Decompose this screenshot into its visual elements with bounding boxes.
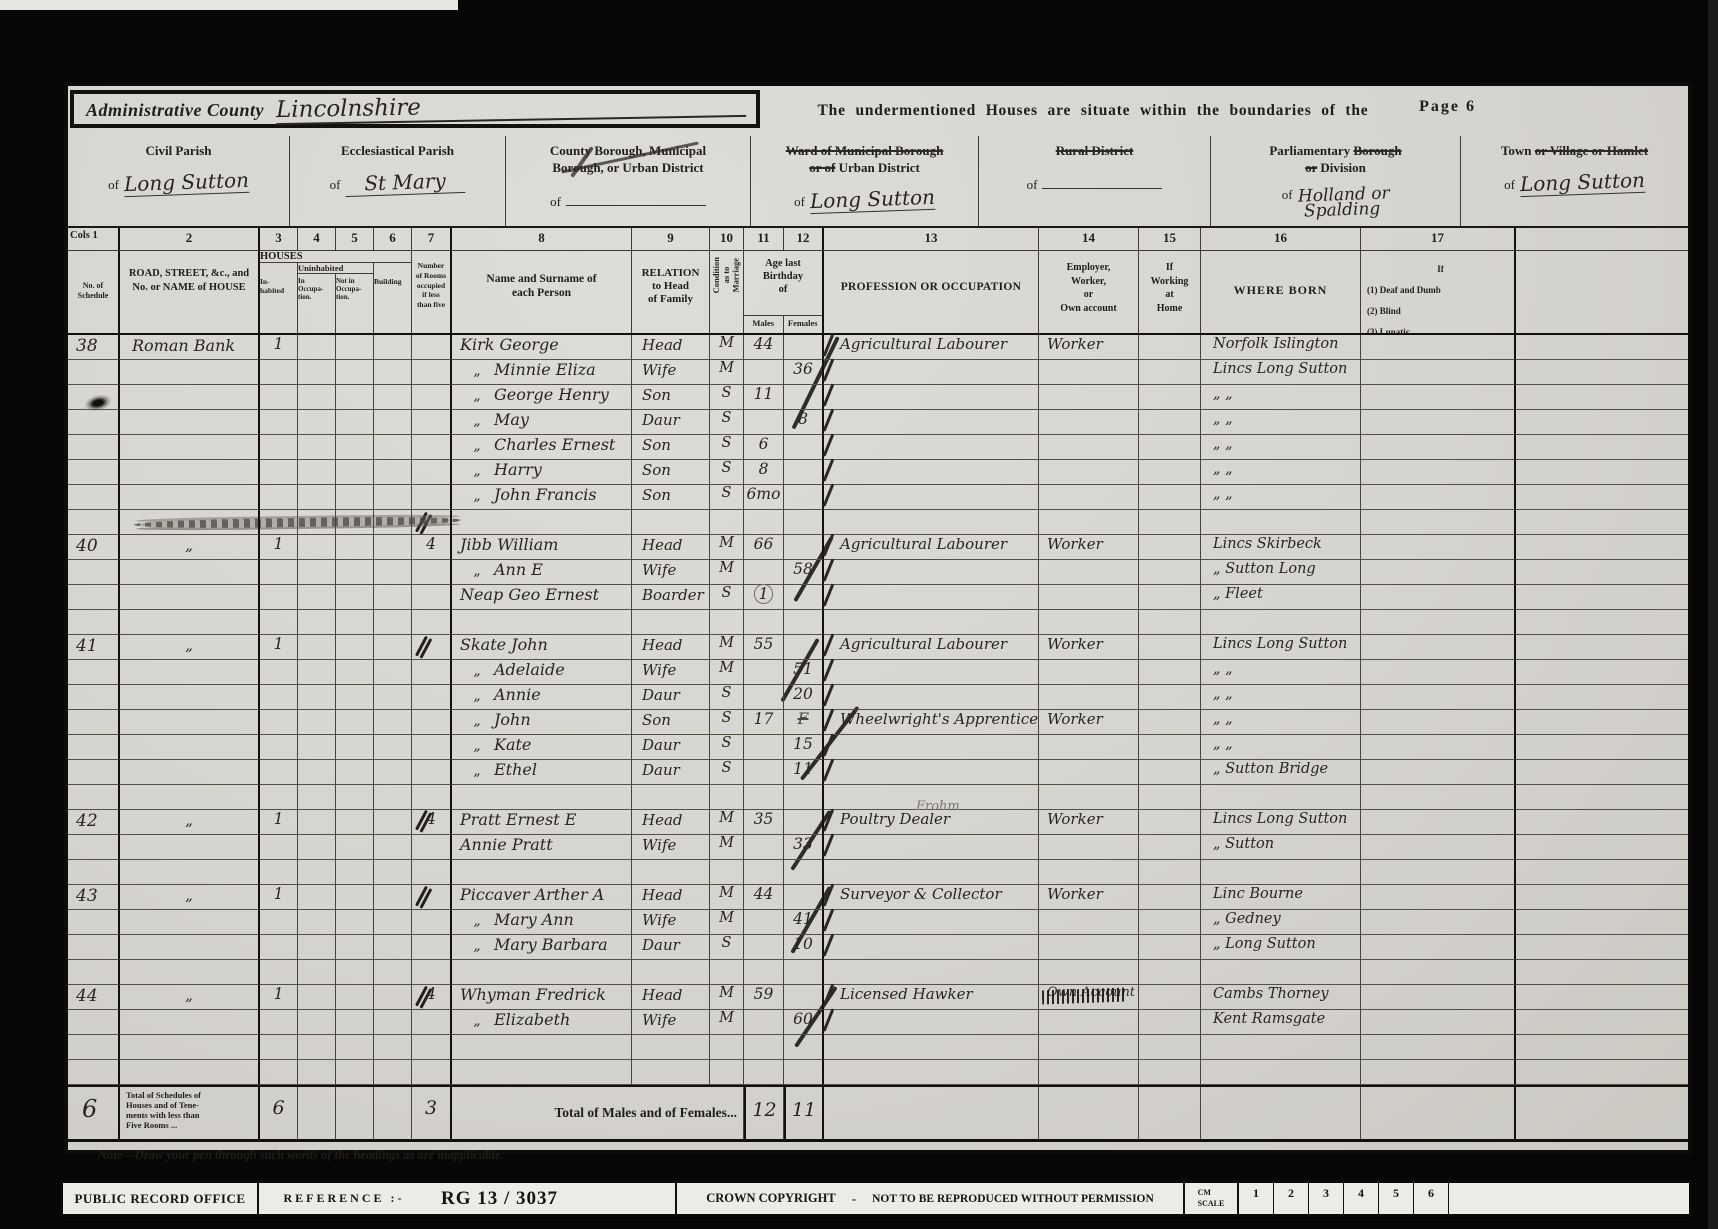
working-at-home-cell: [1139, 910, 1201, 935]
name-cell: „George Henry: [452, 385, 632, 410]
condition-cell: M: [710, 535, 744, 560]
ditto-mark: „: [460, 663, 494, 679]
inhabited-cell: [260, 360, 298, 385]
building-cell: [374, 560, 412, 585]
person-name: Pratt Ernest E: [460, 810, 576, 829]
working-at-home-cell: [1139, 335, 1201, 360]
road-cell: [120, 560, 260, 585]
rooms-cell: [412, 510, 452, 535]
condition-cell: S: [710, 435, 744, 460]
name-cell: [452, 510, 632, 535]
employer-cell: [1039, 1010, 1139, 1035]
road-cell: [120, 760, 260, 785]
employer-cell: [1039, 935, 1139, 960]
inhabited-cell: [260, 1010, 298, 1035]
condition-cell: S: [710, 460, 744, 485]
road-cell: [120, 435, 260, 460]
table-row: Annie PrattWifeM33„ Sutton: [68, 835, 1688, 860]
born-cell: Cambs Thorney: [1201, 985, 1361, 1010]
condition-cell: M: [710, 985, 744, 1010]
person-name: George Henry: [494, 385, 609, 404]
relation-cell: Son: [632, 485, 710, 510]
tally-mark: [823, 908, 834, 931]
relation-cell: Daur: [632, 760, 710, 785]
column-number: 8: [452, 228, 632, 250]
condition-cell: S: [710, 710, 744, 735]
rooms-cell: [412, 1010, 452, 1035]
county-borough-value: [566, 187, 706, 206]
table-row: „EthelDaurS11„ Sutton Bridge: [68, 760, 1688, 785]
margin-cell: [1516, 710, 1688, 735]
schedule-cell: [68, 610, 120, 635]
ward-title-struck2: or of: [809, 160, 835, 175]
rooms-cell: [412, 1035, 452, 1060]
inhabited-cell: [260, 785, 298, 810]
infirmity-cell: [1361, 885, 1516, 910]
column-number: 6: [374, 228, 412, 250]
person-name: Charles Ernest: [494, 435, 615, 454]
working-at-home-cell: [1139, 360, 1201, 385]
employer-cell: Own Account: [1039, 985, 1139, 1010]
building-cell: [374, 885, 412, 910]
name-cell: Annie Pratt: [452, 835, 632, 860]
rooms-cell: [412, 385, 452, 410]
uninhabited-not-occupation-cell: [336, 435, 374, 460]
relation-cell: Wife: [632, 910, 710, 935]
age-male-value: 11: [754, 385, 774, 403]
schedule-cell: [68, 910, 120, 935]
town-struck: or Village or Hamlet: [1535, 143, 1648, 158]
rooms-cell: [412, 435, 452, 460]
table-row: [68, 1060, 1688, 1085]
parliamentary-value-line2: Spalding: [1303, 200, 1389, 220]
born-cell: „ „: [1201, 735, 1361, 760]
born-cell: [1201, 610, 1361, 635]
condition-cell: S: [710, 410, 744, 435]
building-cell: [374, 785, 412, 810]
age-female-cell: 58: [784, 560, 824, 585]
building-cell: [374, 960, 412, 985]
total-males-value: 12: [744, 1087, 784, 1139]
ruler-segment: 2: [1274, 1183, 1309, 1214]
infirmity-column-header: If (1) Deaf and Dumb (2) Blind (3) Lunat…: [1361, 251, 1516, 333]
rooms-cell: [412, 785, 452, 810]
relation-cell: [632, 1060, 710, 1085]
working-at-home-cell: [1139, 385, 1201, 410]
uninhabited-not-occupation-cell: [336, 860, 374, 885]
born-cell: [1201, 960, 1361, 985]
crown-copyright-label: CROWN COPYRIGHT: [706, 1191, 836, 1206]
schedule-cell: [68, 435, 120, 460]
age-female-cell: [784, 510, 824, 535]
inhabited-cell: 1: [260, 810, 298, 835]
tally-mark: [823, 658, 834, 681]
age-male-cell: [744, 960, 784, 985]
condition-cell: [710, 1035, 744, 1060]
age-female-cell: 51: [784, 660, 824, 685]
building-cell: [374, 385, 412, 410]
table-row: „AnnieDaurS20„ „: [68, 685, 1688, 710]
occupation-value: Poultry Dealer: [840, 810, 950, 828]
ditto-mark: „: [460, 688, 494, 704]
age-male-value: 6: [759, 435, 769, 453]
margin-cell: [1516, 1035, 1688, 1060]
age-male-cell: [744, 510, 784, 535]
table-row: 41„1Skate JohnHeadM55Agricultural Labour…: [68, 635, 1688, 660]
relation-cell: Son: [632, 460, 710, 485]
occupation-cell: [824, 835, 1039, 860]
relation-cell: [632, 1035, 710, 1060]
uninhabited-in-occupation-cell: [298, 1060, 336, 1085]
tally-mark: [823, 458, 834, 481]
age-female-cell: [784, 785, 824, 810]
margin-column: [1516, 251, 1688, 333]
working-at-home-cell: [1139, 860, 1201, 885]
uninhabited-not-occupation-cell: [336, 810, 374, 835]
of-label: of: [108, 177, 119, 192]
empty-cell: [298, 1087, 336, 1139]
inhabited-cell: [260, 1035, 298, 1060]
road-cell: [120, 1035, 260, 1060]
road-cell: [120, 685, 260, 710]
infirmity-cell: [1361, 560, 1516, 585]
margin-cell: [1516, 660, 1688, 685]
employer-cell: [1039, 960, 1139, 985]
name-cell: [452, 785, 632, 810]
table-row: „KateDaurS15„ „: [68, 735, 1688, 760]
ward-title-kept: Urban District: [839, 160, 920, 175]
rooms-cell: [412, 410, 452, 435]
condition-cell: [710, 785, 744, 810]
road-cell: [120, 1060, 260, 1085]
administrative-county-value: Lincolnshire: [276, 89, 746, 125]
infirmity-cell: [1361, 410, 1516, 435]
name-cell: „Ann E: [452, 560, 632, 585]
infirmity-item-2: (2) Blind: [1367, 306, 1401, 316]
road-cell: [120, 1010, 260, 1035]
uninhabited-in-occupation-cell: [298, 660, 336, 685]
employer-cell: Worker: [1039, 810, 1139, 835]
of-label: of: [1504, 177, 1515, 192]
building-cell: [374, 585, 412, 610]
relation-cell: [632, 785, 710, 810]
schedule-cell: [68, 1035, 120, 1060]
uninhabited-not-occupation-cell: [336, 835, 374, 860]
empty-cell: [824, 1087, 1039, 1139]
ditto-mark: „: [460, 438, 494, 454]
relation-cell: Boarder: [632, 585, 710, 610]
schedule-cell: [68, 585, 120, 610]
age-male-value: 35: [754, 810, 774, 828]
uninhabited-not-occupation-cell: [336, 685, 374, 710]
relation-cell: Daur: [632, 685, 710, 710]
infirmity-cell: [1361, 960, 1516, 985]
tally-mark: [823, 533, 834, 556]
building-cell: [374, 1035, 412, 1060]
column-number: 5: [336, 228, 374, 250]
occupation-value: Wheelwright's Apprentice: [840, 710, 1038, 728]
uninhabited-in-occupation-cell: [298, 335, 336, 360]
occupation-cell: [824, 860, 1039, 885]
ward-title-struck: Ward of Municipal Borough: [786, 143, 944, 158]
age-female-cell: [784, 385, 824, 410]
uninhabited-not-occupation-cell: [336, 1060, 374, 1085]
working-at-home-cell: [1139, 1010, 1201, 1035]
condition-cell: M: [710, 910, 744, 935]
condition-cell: [710, 960, 744, 985]
born-cell: „ „: [1201, 385, 1361, 410]
age-male-value: 55: [754, 635, 774, 653]
schedule-cell: [68, 1060, 120, 1085]
table-row: „JohnSonS17FWheelwright's ApprenticeWork…: [68, 710, 1688, 735]
infirmity-cell: [1361, 860, 1516, 885]
name-cell: [452, 1035, 632, 1060]
age-male-cell: [744, 560, 784, 585]
age-male-cell: 66: [744, 535, 784, 560]
tally-mark: [823, 483, 834, 506]
inhabited-cell: 1: [260, 885, 298, 910]
person-name: Annie: [494, 685, 541, 704]
born-cell: „ „: [1201, 660, 1361, 685]
margin-cell: [1516, 560, 1688, 585]
working-at-home-cell: [1139, 610, 1201, 635]
building-cell: [374, 510, 412, 535]
margin-cell: [1516, 885, 1688, 910]
relation-column-header: RELATION to Head of Family: [632, 251, 710, 333]
age-female-cell: [784, 460, 824, 485]
building-cell: [374, 810, 412, 835]
inhabited-cell: [260, 860, 298, 885]
name-cell: „Harry: [452, 460, 632, 485]
margin-cell: [1516, 435, 1688, 460]
inhabited-cell: [260, 1060, 298, 1085]
working-at-home-cell: [1139, 685, 1201, 710]
name-cell: [452, 960, 632, 985]
born-cell: „ „: [1201, 485, 1361, 510]
inhabited-cell: [260, 410, 298, 435]
total-schedules-value: 6: [68, 1087, 120, 1139]
uninhabited-in-occupation-cell: [298, 535, 336, 560]
infirmity-cell: [1361, 435, 1516, 460]
uninhabited-not-occupation-cell: [336, 735, 374, 760]
county-borough-title-line1: County Borough, Municipal: [550, 143, 706, 158]
column-number: 4: [298, 228, 336, 250]
males-column-header: Males: [744, 316, 784, 333]
road-cell: [120, 610, 260, 635]
person-name: Neap Geo Ernest: [460, 585, 599, 604]
infirmity-cell: [1361, 1060, 1516, 1085]
building-cell: [374, 985, 412, 1010]
relation-cell: Son: [632, 435, 710, 460]
road-cell: „: [120, 885, 260, 910]
condition-cell: S: [710, 385, 744, 410]
name-cell: Kirk George: [452, 335, 632, 360]
column-number: 15: [1139, 228, 1201, 250]
occupation-cell: [824, 460, 1039, 485]
schedule-cell: [68, 660, 120, 685]
uninhabited-not-occupation-cell: [336, 660, 374, 685]
uninhabited-in-occupation-cell: [298, 410, 336, 435]
tally-mark: [823, 708, 834, 731]
margin-cell: [1516, 810, 1688, 835]
of-label: of: [794, 194, 805, 209]
employer-cell: [1039, 410, 1139, 435]
rural-district-title-struck: Rural District: [1056, 143, 1134, 158]
struck-entry: F: [798, 710, 809, 728]
age-male-value: 6mo: [747, 485, 781, 503]
infirmity-item-1: (1) Deaf and Dumb: [1367, 285, 1441, 295]
column-number: 7: [412, 228, 452, 250]
table-row: „AdelaideWifeM51„ „: [68, 660, 1688, 685]
employer-cell: [1039, 685, 1139, 710]
age-male-value: 8: [759, 460, 769, 478]
name-cell: Piccaver Arther A: [452, 885, 632, 910]
employer-cell: [1039, 385, 1139, 410]
condition-cell: M: [710, 360, 744, 385]
margin-cell: [1516, 535, 1688, 560]
tally-mark: [823, 358, 834, 381]
uninhabited-not-occupation-cell: [336, 1010, 374, 1035]
uninhabited-in-occupation-cell: [298, 360, 336, 385]
building-cell: [374, 660, 412, 685]
occupation-cell: Surveyor & Collector: [824, 885, 1039, 910]
rooms-cell: 4: [412, 985, 452, 1010]
infirmity-item-3: (3) Lunatic: [1367, 327, 1410, 333]
tally-mark: [823, 583, 834, 606]
inhabited-cell: [260, 835, 298, 860]
inhabited-cell: [260, 760, 298, 785]
age-male-cell: [744, 785, 784, 810]
age-female-cell: 60: [784, 1010, 824, 1035]
empty-cell: [1039, 1087, 1139, 1139]
inhabited-cell: [260, 585, 298, 610]
rooms-cell: [412, 910, 452, 935]
employer-cell: [1039, 1060, 1139, 1085]
uninhabited-in-occupation-cell: [298, 785, 336, 810]
road-cell: Roman Bank: [120, 335, 260, 360]
ward-title: Ward of Municipal Boroughor of Urban Dis…: [751, 143, 978, 177]
born-cell: [1201, 1060, 1361, 1085]
schedule-cell: [68, 785, 120, 810]
uninhabited-in-occupation-cell: [298, 735, 336, 760]
females-column-header: Females: [784, 316, 823, 333]
infirmity-cell: [1361, 535, 1516, 560]
age-female-cell: [784, 1060, 824, 1085]
employer-cell: Worker: [1039, 635, 1139, 660]
uninhabited-in-occupation-cell: [298, 585, 336, 610]
working-at-home-cell: [1139, 985, 1201, 1010]
county-borough-title: County Borough, MunicipalBorough, or Urb…: [506, 143, 750, 177]
relation-cell: Wife: [632, 360, 710, 385]
working-at-home-cell: [1139, 660, 1201, 685]
column-headers-row: No. of Schedule ROAD, STREET, &c., and N…: [68, 251, 1688, 335]
age-male-cell: [744, 760, 784, 785]
infirmity-cell: [1361, 985, 1516, 1010]
ditto-mark: „: [460, 913, 494, 929]
scale-ruler: 123456: [1239, 1183, 1449, 1214]
born-cell: „ Long Sutton: [1201, 935, 1361, 960]
inhabited-cell: 1: [260, 635, 298, 660]
age-male-value: 44: [754, 335, 774, 353]
uninhabited-in-occupation-cell: [298, 860, 336, 885]
margin-cell: [1516, 960, 1688, 985]
civil-parish-cell: Civil Parish ofLong Sutton: [68, 136, 290, 226]
uninhabited-in-occupation-cell: [298, 510, 336, 535]
age-male-cell: 44: [744, 885, 784, 910]
inhabited-cell: 1: [260, 985, 298, 1010]
employer-cell: [1039, 460, 1139, 485]
condition-cell: M: [710, 835, 744, 860]
age-male-cell: [744, 1010, 784, 1035]
occupation-cell: [824, 1010, 1039, 1035]
schedule-cell: 38: [68, 335, 120, 360]
infirmity-cell: [1361, 460, 1516, 485]
name-cell: „Minnie Eliza: [452, 360, 632, 385]
schedule-cell: [68, 960, 120, 985]
houses-column-group: HOUSES In- habited Uninhabited In Occupa…: [260, 251, 412, 333]
profession-column-header: PROFESSION OR OCCUPATION: [824, 251, 1039, 333]
footnote: Note—Draw your pen through such words of…: [68, 1142, 1688, 1168]
rooms-cell: [412, 335, 452, 360]
relation-cell: Head: [632, 535, 710, 560]
age-male-cell: [744, 910, 784, 935]
uninhabited-in-occupation-cell: [298, 485, 336, 510]
occupation-cell: Licensed Hawker: [824, 985, 1039, 1010]
margin-cell: [1516, 510, 1688, 535]
schedule-cell: [68, 510, 120, 535]
margin-cell: [1516, 985, 1688, 1010]
occupation-cell: [824, 960, 1039, 985]
uninhabited-in-occupation-cell: [298, 560, 336, 585]
working-at-home-cell: [1139, 460, 1201, 485]
ruler-segment: 3: [1309, 1183, 1344, 1214]
uninhabited-not-occupation-cell: [336, 910, 374, 935]
employer-cell: [1039, 560, 1139, 585]
relation-cell: Head: [632, 335, 710, 360]
building-cell: [374, 910, 412, 935]
person-name: Harry: [494, 460, 542, 479]
ditto-mark: „: [460, 388, 494, 404]
condition-cell: M: [710, 810, 744, 835]
ruler-segment: 6: [1414, 1183, 1449, 1214]
schedule-cell: [68, 1010, 120, 1035]
building-cell: [374, 760, 412, 785]
age-female-cell: [784, 985, 824, 1010]
totals-label: Total of Schedules of Houses and of Tene…: [120, 1087, 260, 1139]
town-village-hamlet-cell: Town or Village or Hamlet ofLong Sutton: [1461, 136, 1688, 226]
rooms-cell: [412, 660, 452, 685]
uninhabited-in-occupation-cell: [298, 635, 336, 660]
building-cell: [374, 535, 412, 560]
working-at-home-cell: [1139, 935, 1201, 960]
uninhabited-not-occupation-cell: [336, 360, 374, 385]
person-name: Skate John: [460, 635, 548, 654]
not-in-occupation-column-header: Not in Occupa- tion.: [336, 274, 373, 333]
occupation-cell: [824, 410, 1039, 435]
margin-cell: [1516, 228, 1688, 250]
road-cell: [120, 460, 260, 485]
age-male-cell: 59: [744, 985, 784, 1010]
table-row: 42„14Pratt Ernest EHeadM35FrohmPoultry D…: [68, 810, 1688, 835]
ditto-mark: „: [460, 1013, 494, 1029]
column-number: 14: [1039, 228, 1139, 250]
division-kept: Division: [1320, 160, 1366, 175]
rooms-cell: [412, 610, 452, 635]
margin-cell: [1516, 1010, 1688, 1035]
occupation-cell: Wheelwright's Apprentice: [824, 710, 1039, 735]
condition-cell: S: [710, 935, 744, 960]
born-cell: „ Fleet: [1201, 585, 1361, 610]
